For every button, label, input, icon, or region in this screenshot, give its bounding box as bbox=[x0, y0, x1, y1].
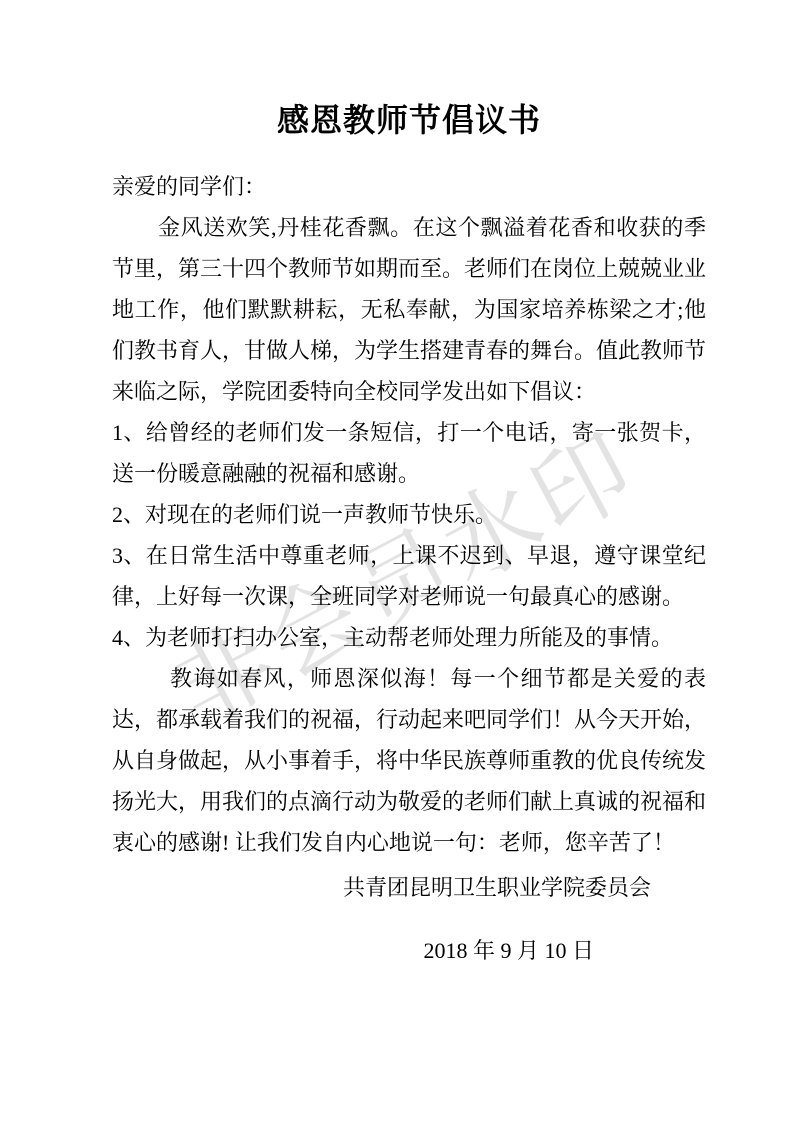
document-content: 感恩教师节倡议书 亲爱的同学们： 金风送欢笑,丹桂花香飘。在这个飘溢着花香和收获… bbox=[0, 0, 793, 971]
salutation: 亲爱的同学们： bbox=[112, 166, 706, 207]
body-paragraph-closing: 教诲如春风，师恩深似海！每一个细节都是关爱的表达，都承载着我们的祝福，行动起来吧… bbox=[112, 658, 706, 863]
signature: 共青团昆明卫生职业学院委员会 bbox=[112, 867, 706, 908]
body-paragraph-item-4: 4、为老师打扫办公室，主动帮老师处理力所能及的事情。 bbox=[112, 617, 706, 658]
document-title: 感恩教师节倡议书 bbox=[112, 100, 706, 140]
date: 2018 年 9 月 10 日 bbox=[112, 930, 706, 971]
body-paragraph-item-1: 1、给曾经的老师们发一条短信，打一个电话，寄一张贺卡，送一份暖意融融的祝福和感谢… bbox=[112, 412, 706, 494]
body-paragraph-intro: 金风送欢笑,丹桂花香飘。在这个飘溢着花香和收获的季节里，第三十四个教师节如期而至… bbox=[112, 207, 706, 412]
body-paragraph-item-2: 2、对现在的老师们说一声教师节快乐。 bbox=[112, 494, 706, 535]
document-page: 非会员水印 感恩教师节倡议书 亲爱的同学们： 金风送欢笑,丹桂花香飘。在这个飘溢… bbox=[0, 0, 793, 1122]
body-paragraph-item-3: 3、在日常生活中尊重老师，上课不迟到、早退，遵守课堂纪律，上好每一次课，全班同学… bbox=[112, 535, 706, 617]
